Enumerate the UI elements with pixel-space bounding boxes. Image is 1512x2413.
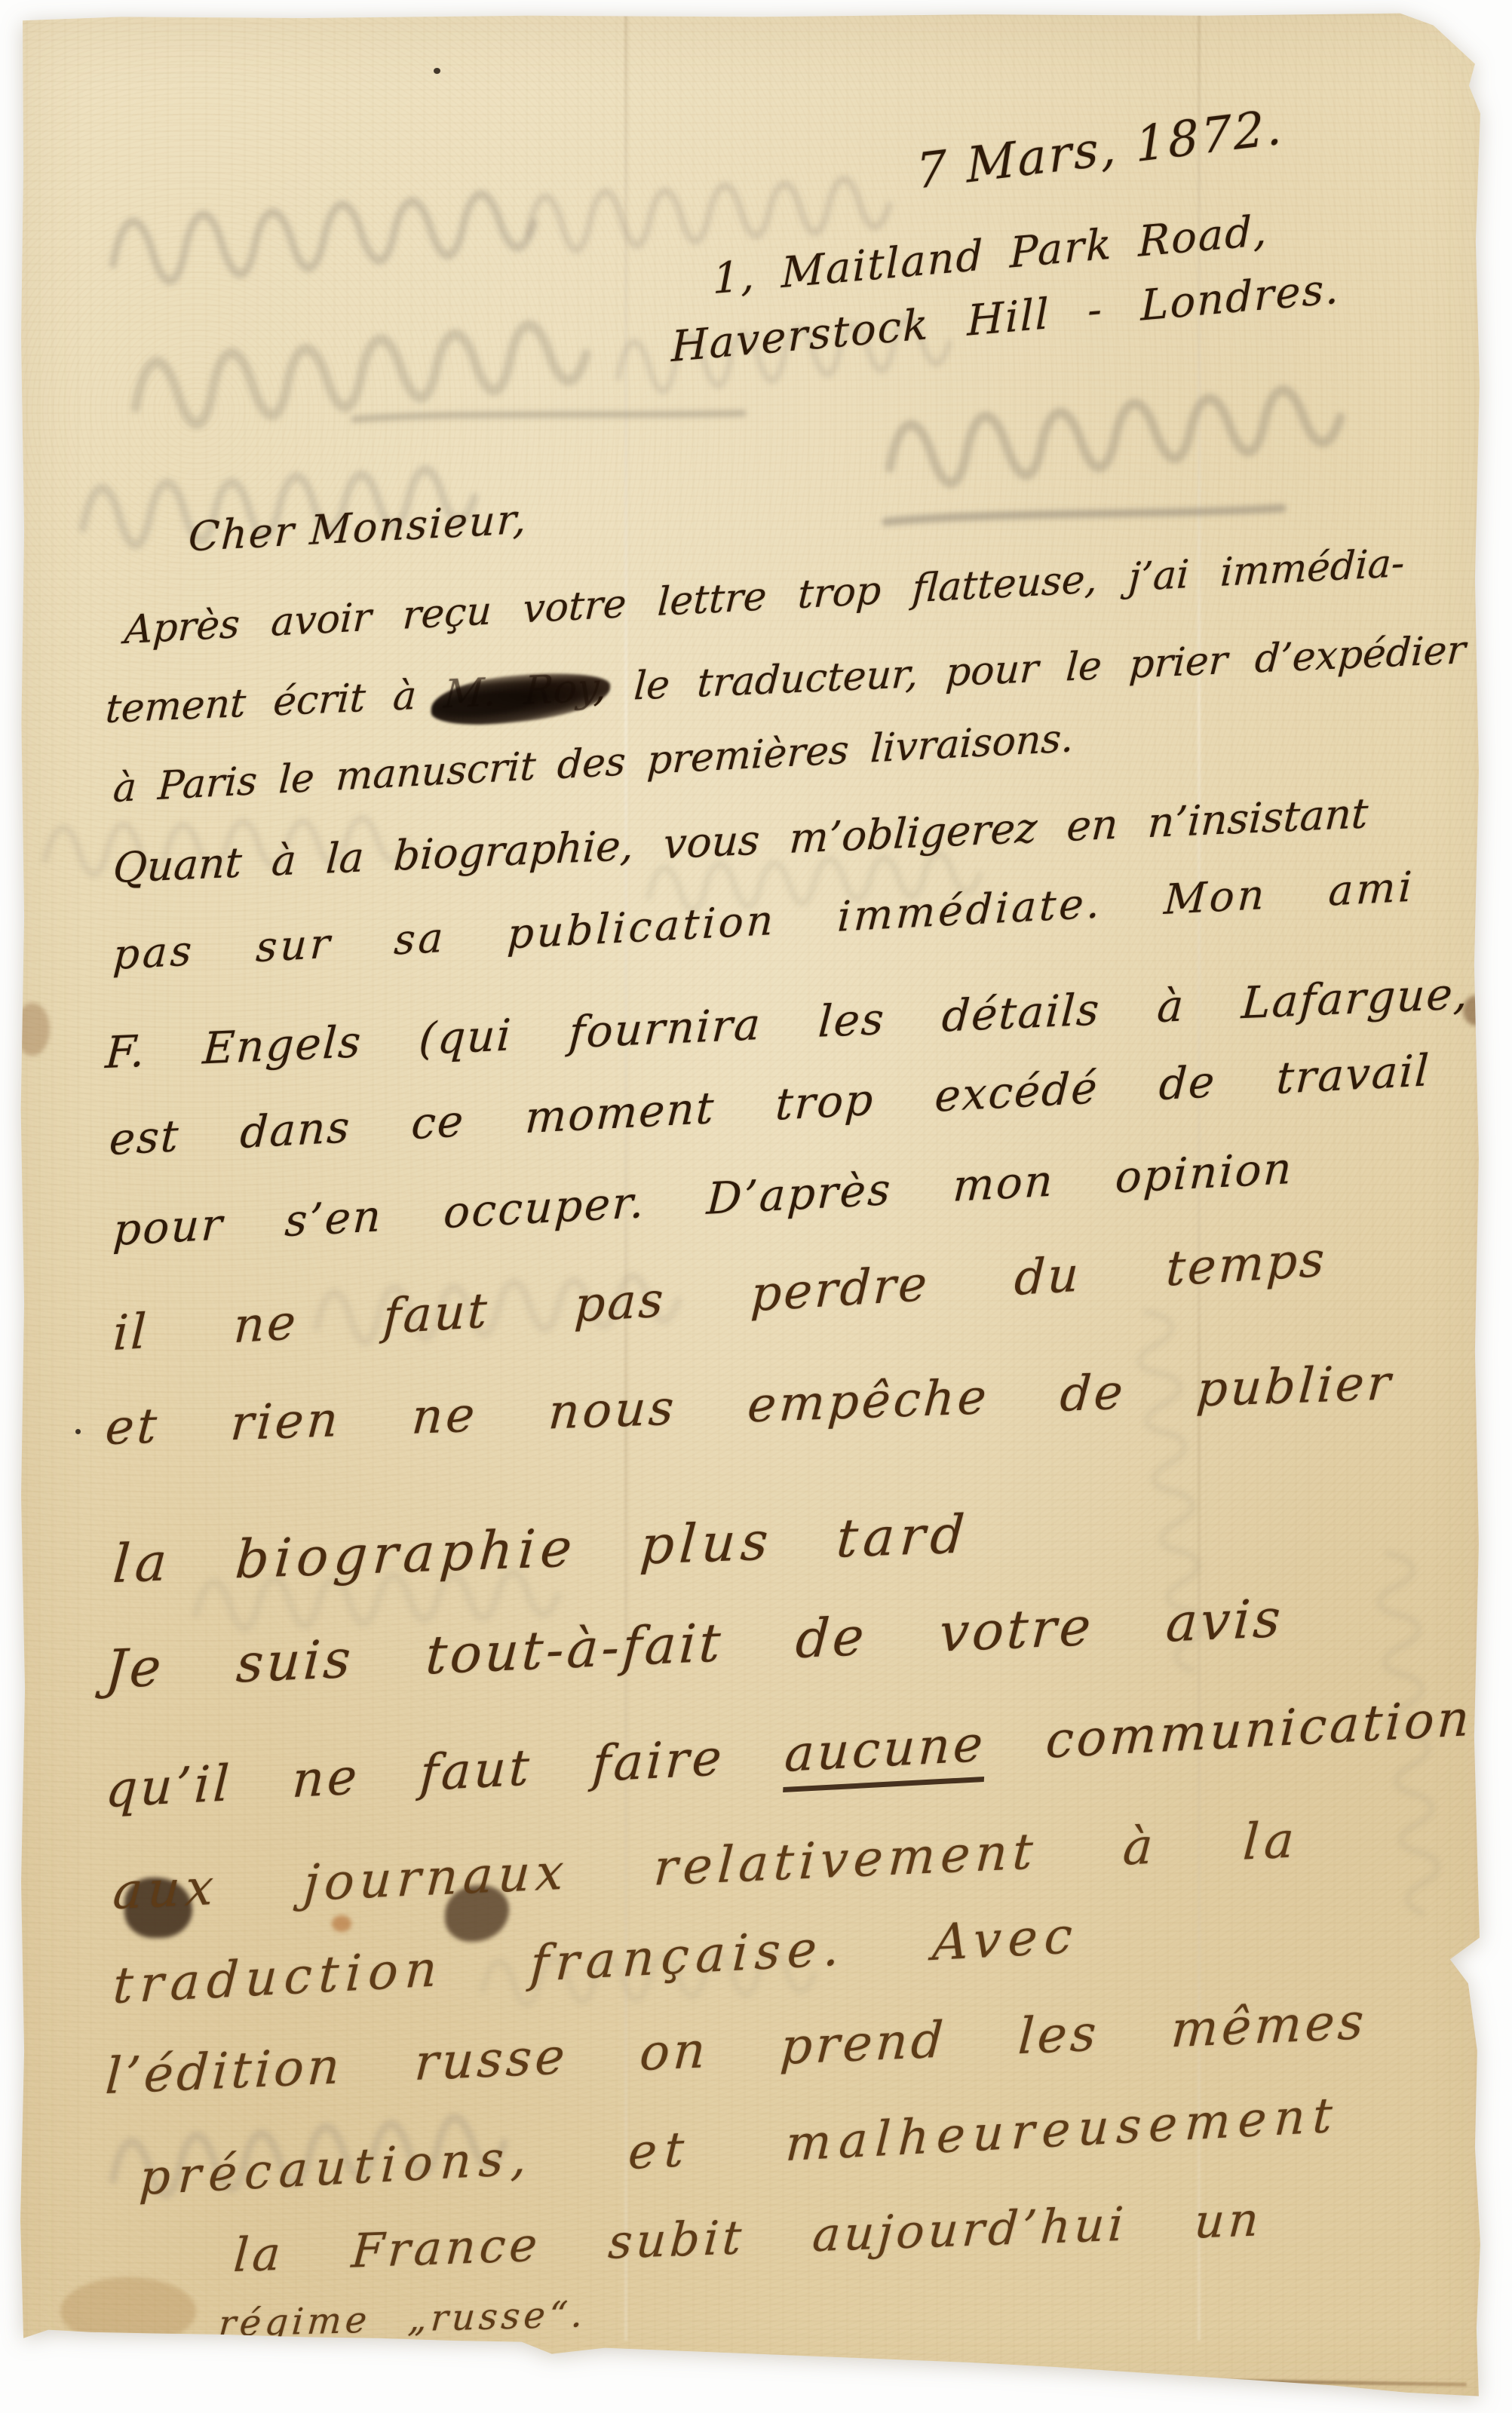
ink-blot: M. Roy bbox=[443, 666, 596, 718]
paper-speck bbox=[434, 68, 440, 74]
paper-stain bbox=[60, 2277, 196, 2345]
paper-stain bbox=[332, 1915, 351, 1932]
letter-sheet: 7 Mars, 1872. 1, Maitland Park Road, Hav… bbox=[0, 0, 1512, 2413]
paper-stain bbox=[15, 1003, 50, 1056]
underlined-word: aucune bbox=[783, 1715, 987, 1792]
paper-speck bbox=[75, 1429, 81, 1434]
letter-sheet-wrapper: 7 Mars, 1872. 1, Maitland Park Road, Hav… bbox=[0, 0, 1512, 2413]
letter-photo: 7 Mars, 1872. 1, Maitland Park Road, Hav… bbox=[0, 0, 1512, 2413]
